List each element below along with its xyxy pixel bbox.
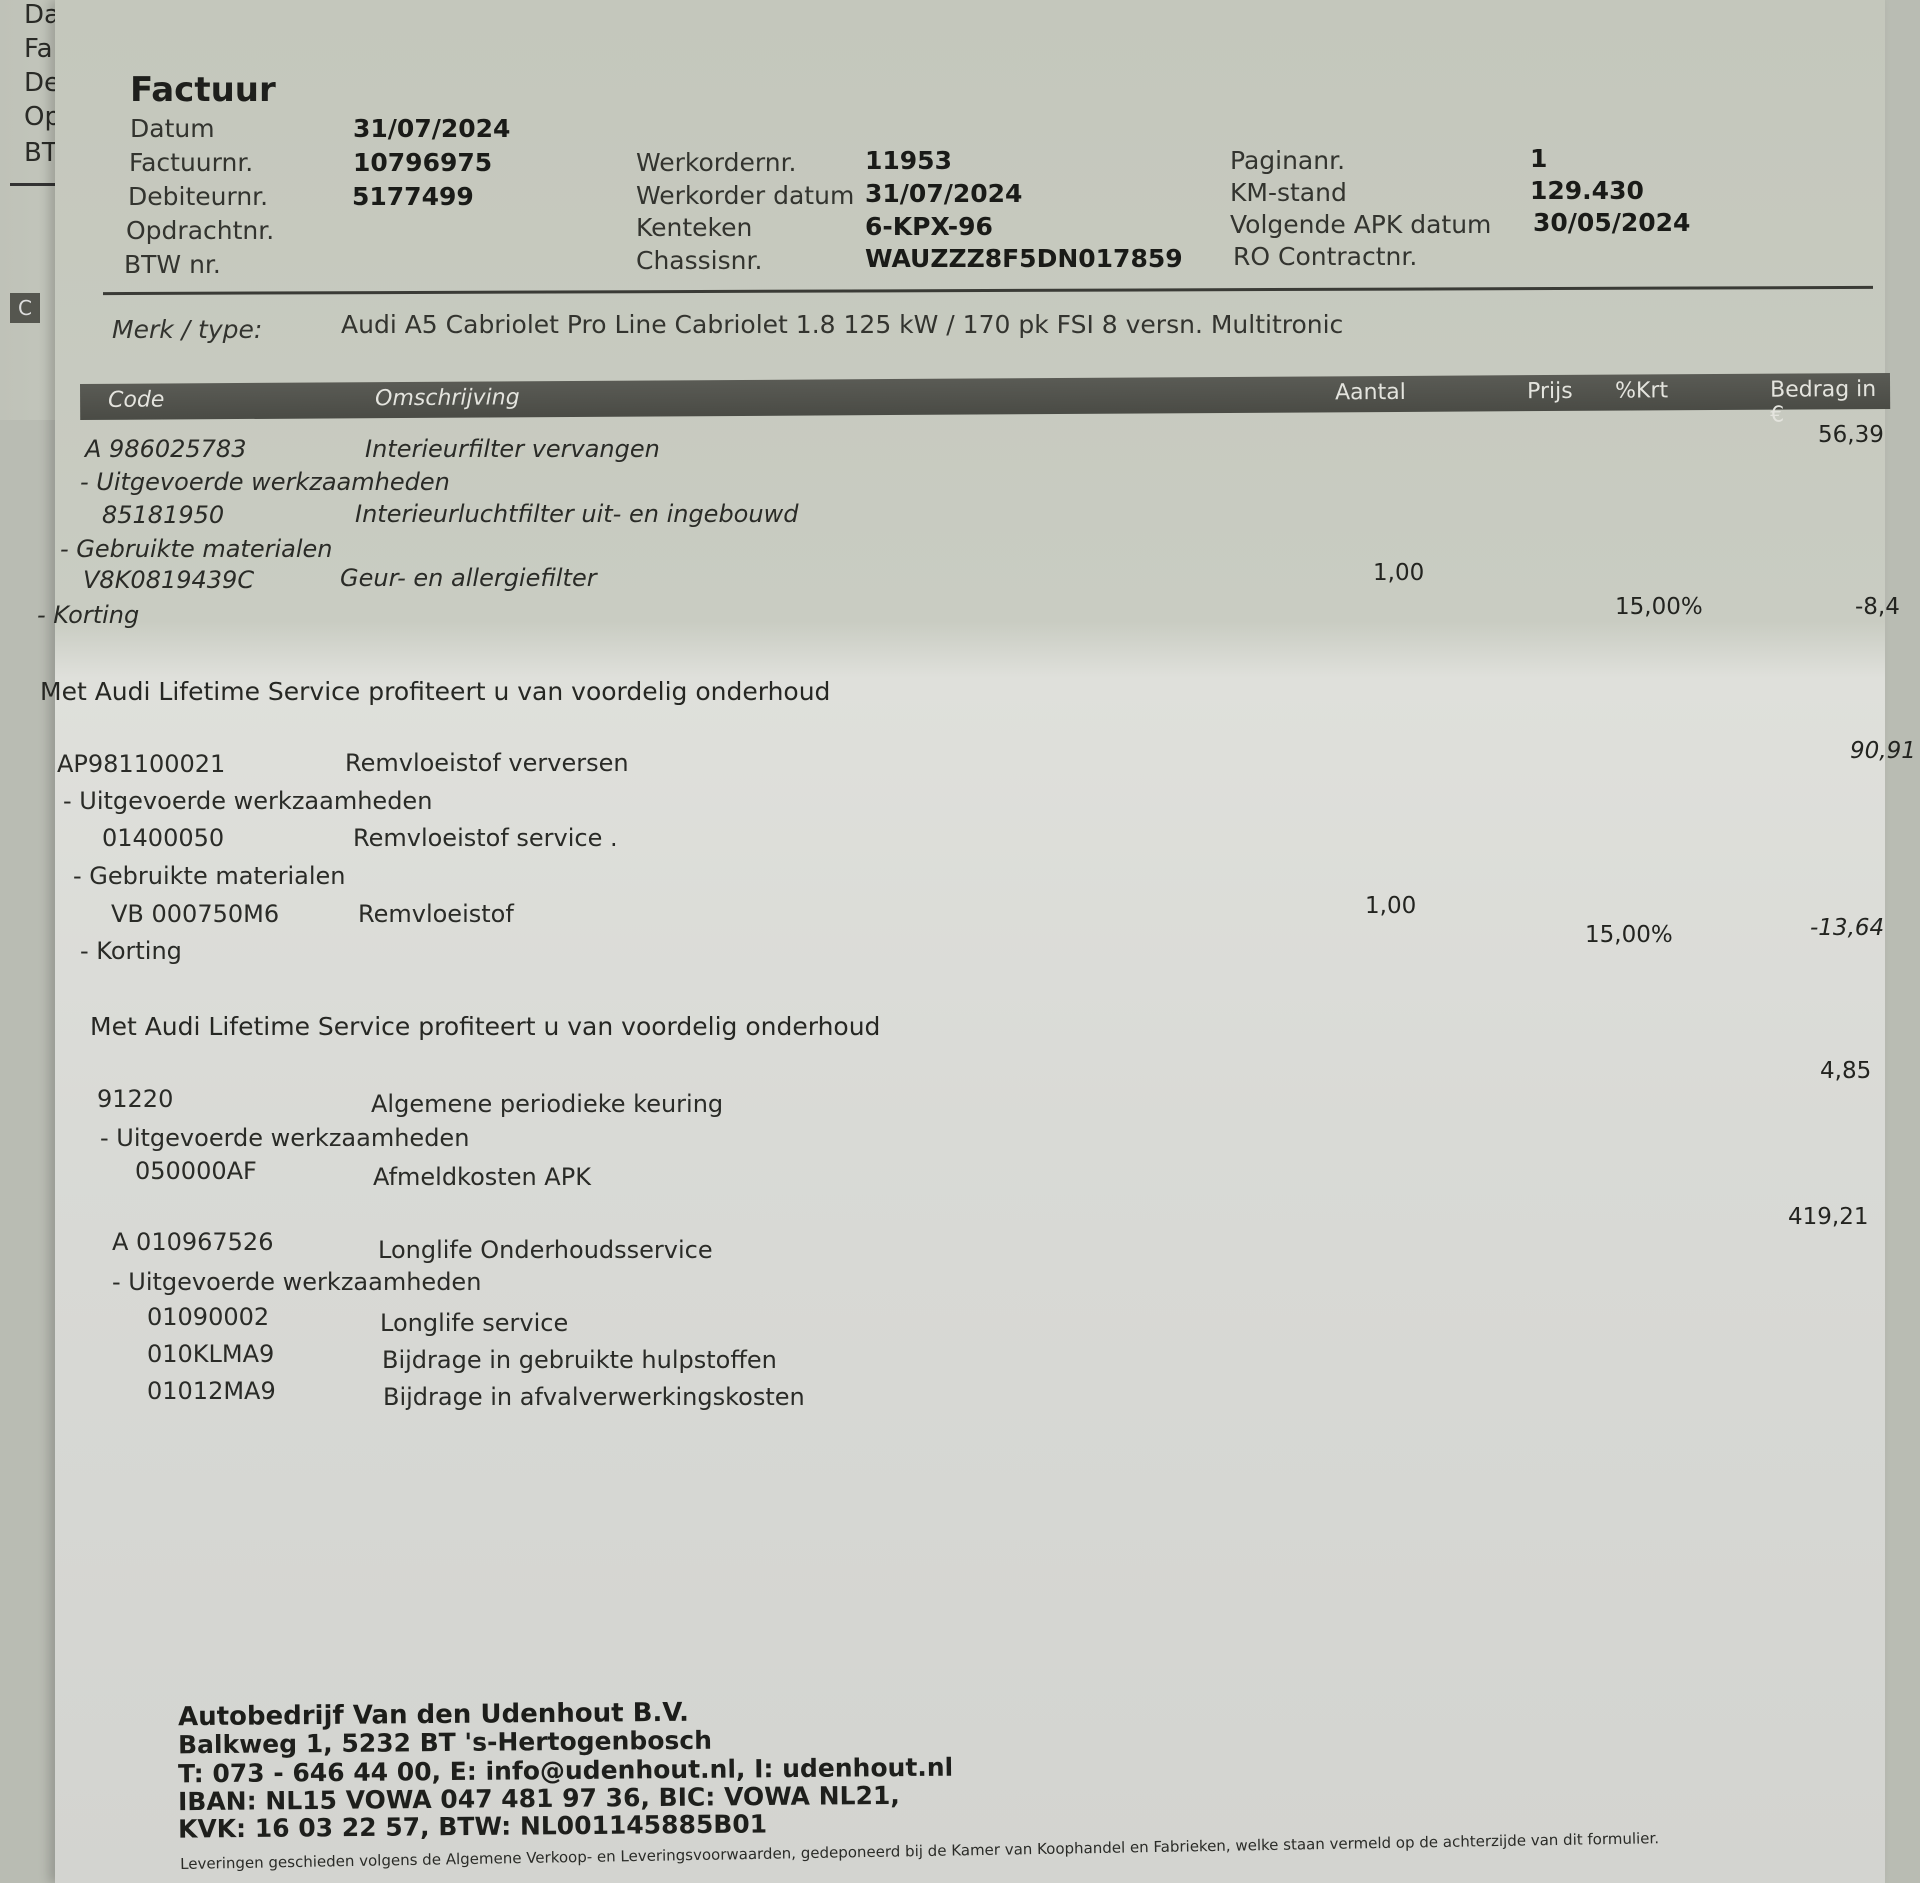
work-description: Afmeldkosten APK: [373, 1163, 591, 1191]
field-label-werkordernr: Werkordernr.: [636, 148, 797, 177]
line-code: 91220: [97, 1085, 173, 1113]
discount-amount: -8,4: [1855, 594, 1900, 620]
work-section-label: - Uitgevoerde werkzaamheden: [80, 468, 450, 496]
work-code: 050000AF: [135, 1157, 257, 1185]
vehicle-label: Merk / type:: [112, 315, 262, 344]
materials-section-label: - Gebruikte materialen: [60, 535, 332, 563]
work-description: Bijdrage in afvalverwerkingskosten: [383, 1383, 805, 1411]
table-header: Code Omschrijving Aantal Prijs %Krt Bedr…: [80, 373, 1890, 420]
discount-label: - Korting: [37, 601, 139, 629]
line-description: Remvloeistof verversen: [345, 749, 629, 777]
invoice-page: Factuur Datum 31/07/2024 Factuurnr. 1079…: [55, 0, 1885, 1883]
work-code: 85181950: [102, 501, 224, 529]
line-amount: 419,21: [1788, 1204, 1868, 1230]
line-amount: 4,85: [1820, 1058, 1871, 1084]
invoice-title: Factuur: [130, 70, 276, 110]
field-value-datum: 31/07/2024: [353, 114, 510, 143]
field-value-volgende-apk: 30/05/2024: [1533, 208, 1690, 237]
field-label-kenteken: Kenteken: [636, 213, 752, 242]
field-label-debiteurnr: Debiteurnr.: [128, 182, 268, 211]
line-code: A 010967526: [112, 1228, 273, 1256]
field-value-werkordernr: 11953: [865, 146, 952, 175]
discount-amount: -13,64: [1810, 915, 1884, 941]
vehicle-value: Audi A5 Cabriolet Pro Line Cabriolet 1.8…: [341, 310, 1343, 339]
field-value-werkorder-datum: 31/07/2024: [865, 179, 1022, 208]
service-notice: Met Audi Lifetime Service profiteert u v…: [40, 677, 830, 706]
work-code: 01012MA9: [147, 1377, 276, 1405]
material-description: Remvloeistof: [358, 900, 514, 928]
work-code: 010KLMA9: [147, 1340, 274, 1368]
company-registry: KVK: 16 03 22 57, BTW: NL001145885B01: [178, 1809, 767, 1843]
work-description: Remvloeistof service .: [353, 824, 618, 852]
field-label-paginanr: Paginanr.: [1230, 146, 1345, 175]
line-amount: 56,39: [1818, 422, 1884, 448]
col-header-amount: Bedrag in €: [1770, 377, 1890, 428]
work-description: Longlife service: [380, 1309, 568, 1337]
field-value-factuurnr: 10796975: [353, 148, 492, 177]
work-description: Bijdrage in gebruikte hulpstoffen: [382, 1346, 777, 1374]
field-value-debiteurnr: 5177499: [352, 182, 474, 211]
field-label-ro-contractnr: RO Contractnr.: [1233, 242, 1417, 271]
work-code: 01400050: [102, 824, 224, 852]
work-section-label: - Uitgevoerde werkzaamheden: [112, 1268, 481, 1296]
line-description: Longlife Onderhoudsservice: [378, 1236, 713, 1264]
line-description: Interieurfilter vervangen: [365, 435, 660, 463]
line-amount: 90,91: [1850, 738, 1916, 764]
material-code: VB 000750M6: [111, 900, 279, 928]
work-description: Interieurluchtfilter uit- en ingebouwd: [355, 500, 798, 528]
company-address: Balkweg 1, 5232 BT 's-Hertogenbosch: [178, 1726, 712, 1760]
underlying-rule: [10, 183, 55, 186]
materials-section-label: - Gebruikte materialen: [73, 862, 345, 890]
line-code: AP981100021: [57, 750, 225, 778]
underlying-label: Fa: [24, 34, 53, 64]
field-value-kenteken: 6-KPX-96: [865, 212, 993, 241]
work-section-label: - Uitgevoerde werkzaamheden: [100, 1124, 469, 1152]
material-code: V8K0819439C: [83, 566, 254, 594]
service-notice: Met Audi Lifetime Service profiteert u v…: [90, 1012, 880, 1041]
header-divider: [103, 286, 1873, 295]
field-label-chassisnr: Chassisnr.: [636, 246, 762, 275]
work-section-label: - Uitgevoerde werkzaamheden: [63, 787, 432, 815]
col-header-quantity: Aantal: [1335, 380, 1406, 405]
field-label-opdrachtnr: Opdrachtnr.: [126, 216, 274, 245]
col-header-discount: %Krt: [1615, 378, 1668, 403]
field-label-werkorder-datum: Werkorder datum: [636, 181, 854, 210]
field-label-km-stand: KM-stand: [1230, 178, 1347, 207]
col-header-price: Prijs: [1527, 379, 1573, 404]
field-label-btw: BTW nr.: [124, 250, 221, 279]
field-label-datum: Datum: [130, 114, 215, 143]
discount-percent: 15,00%: [1615, 594, 1703, 620]
material-description: Geur- en allergiefilter: [340, 564, 597, 592]
line-description: Algemene periodieke keuring: [371, 1090, 723, 1118]
field-label-factuurnr: Factuurnr.: [129, 148, 253, 177]
line-code: A 986025783: [85, 435, 246, 463]
field-value-km-stand: 129.430: [1530, 176, 1644, 205]
col-header-code: Code: [108, 387, 164, 412]
field-label-volgende-apk: Volgende APK datum: [1230, 210, 1491, 239]
material-quantity: 1,00: [1373, 560, 1424, 586]
underlying-tab: C: [10, 293, 40, 323]
discount-percent: 15,00%: [1585, 922, 1673, 948]
field-value-chassisnr: WAUZZZ8F5DN017859: [865, 244, 1183, 273]
col-header-description: Omschrijving: [375, 385, 520, 411]
field-value-paginanr: 1: [1530, 144, 1547, 173]
discount-label: - Korting: [80, 937, 182, 965]
work-code: 01090002: [147, 1303, 269, 1331]
underlying-label: BT: [24, 138, 58, 168]
material-quantity: 1,00: [1365, 893, 1416, 919]
